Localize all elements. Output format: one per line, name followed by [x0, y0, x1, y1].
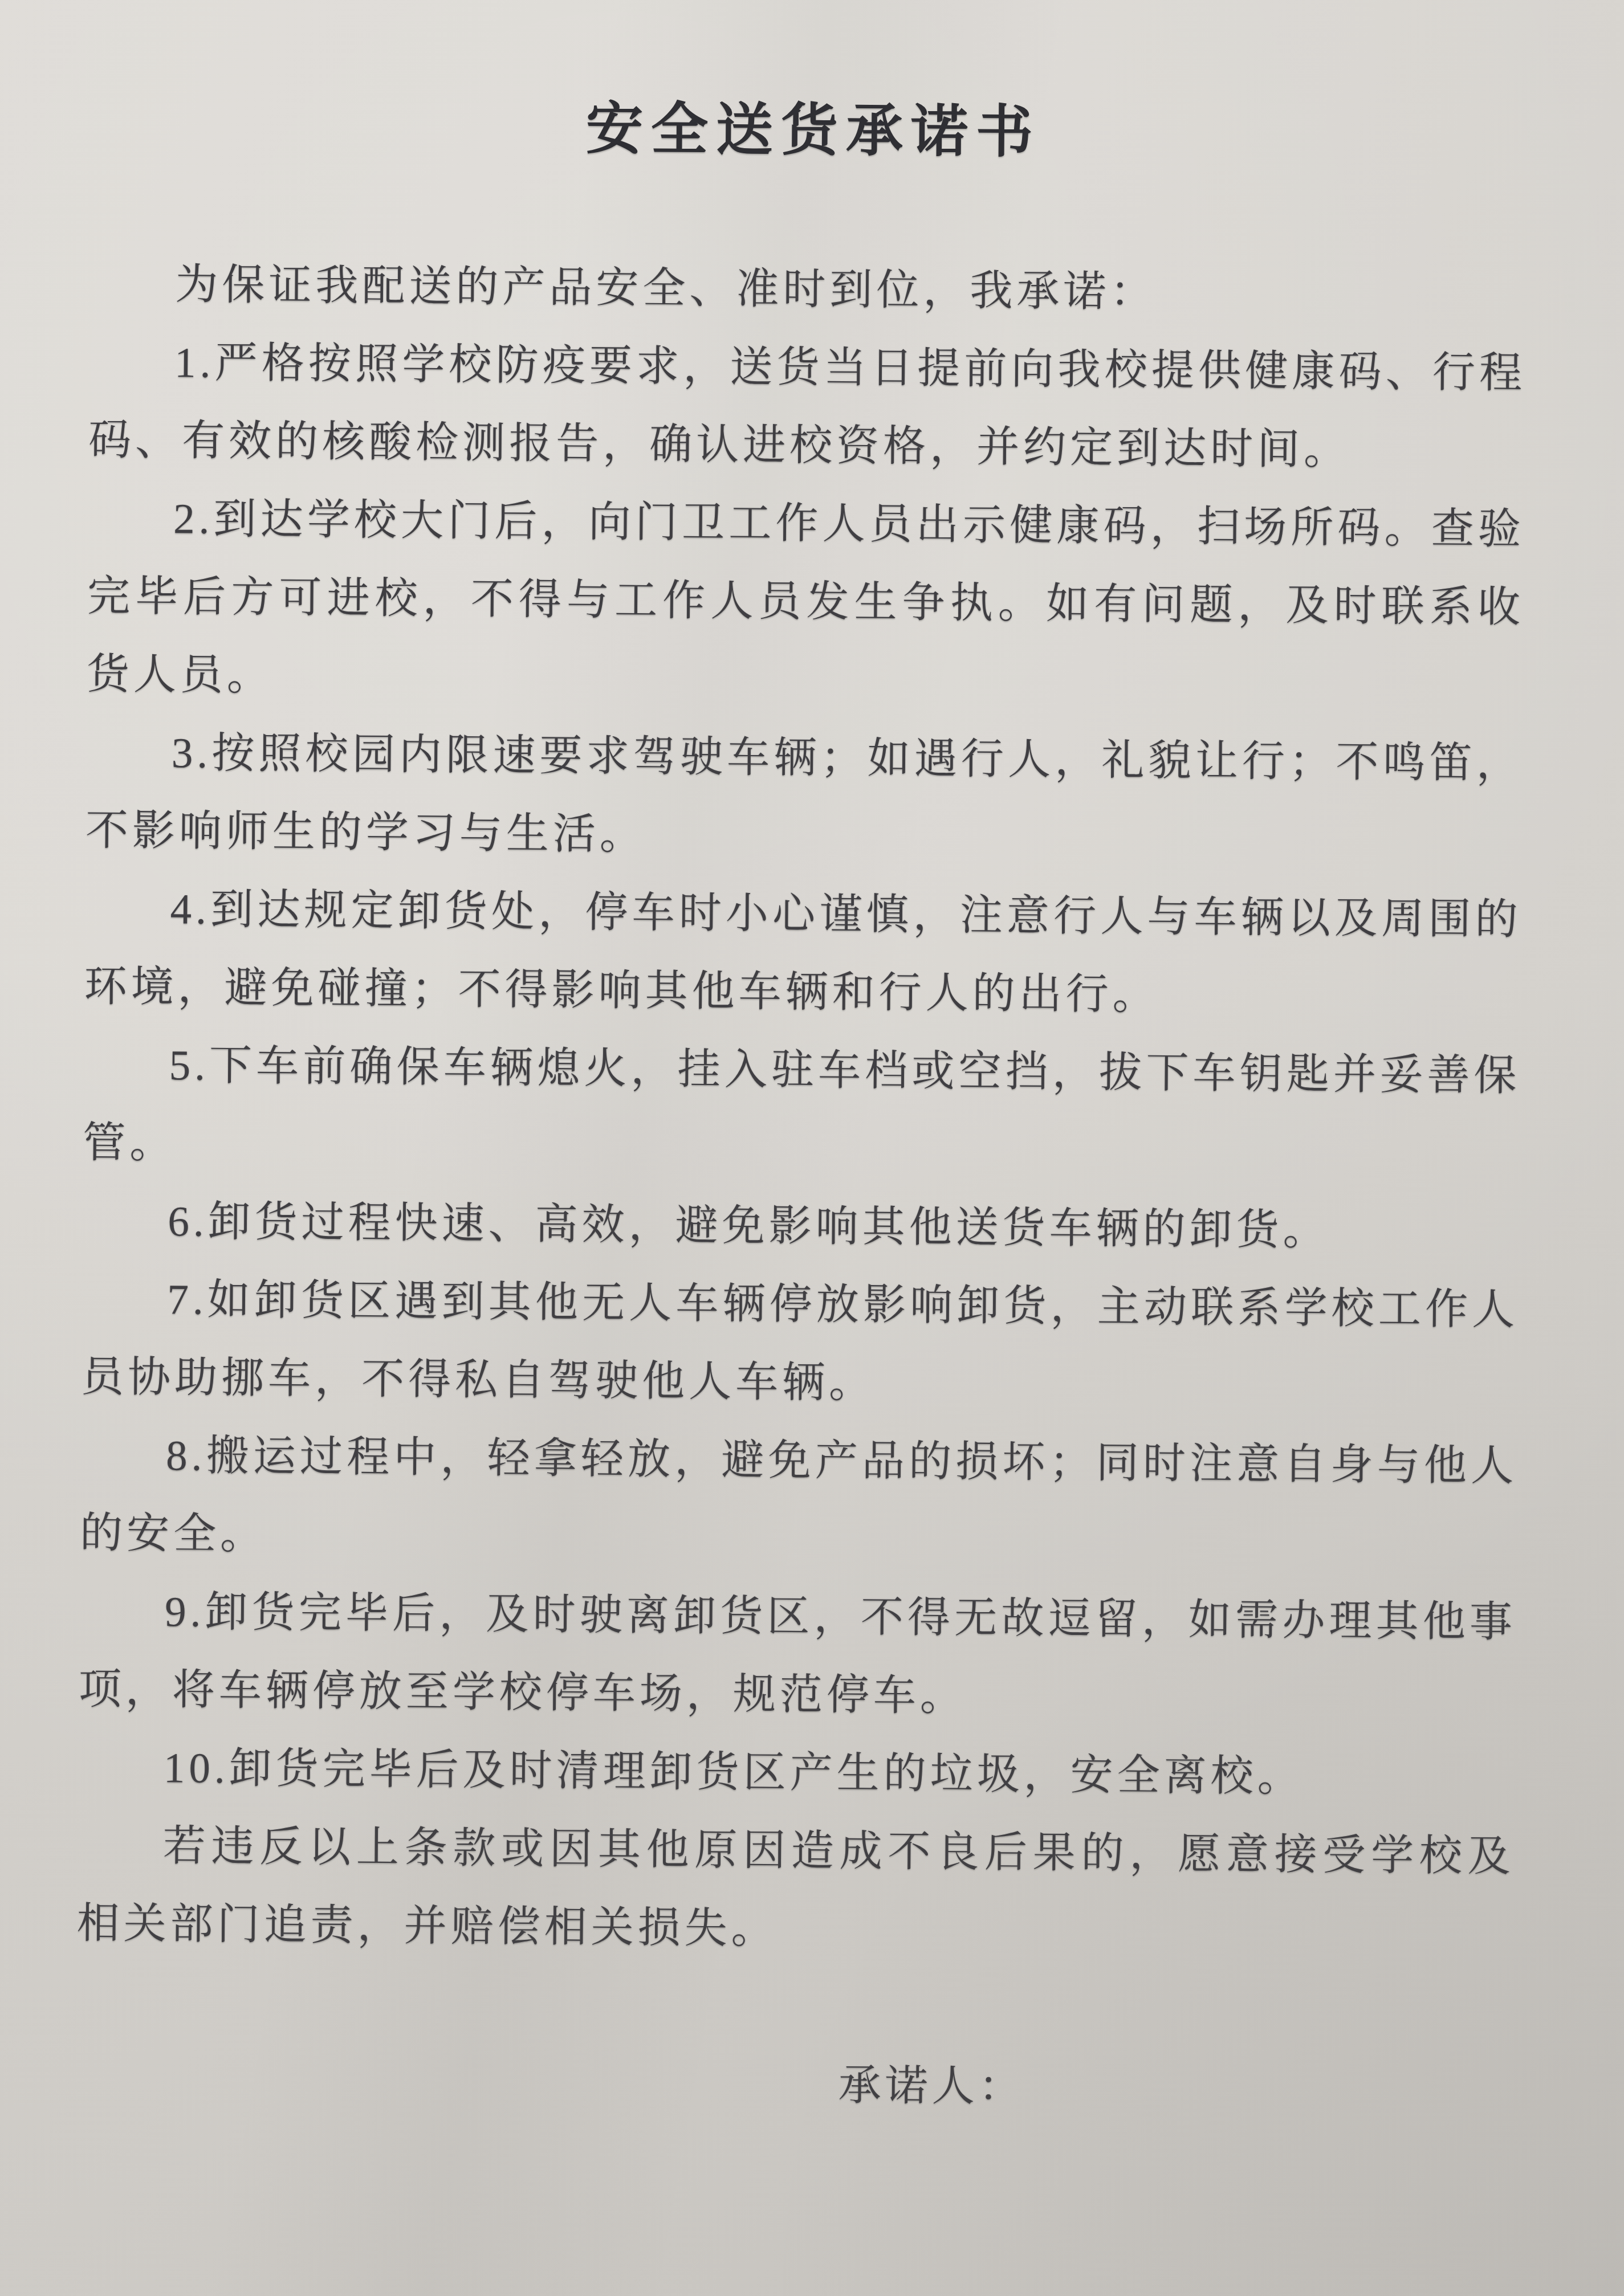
document-page: 安全送货承诺书 为保证我配送的产品安全、准时到位，我承诺： 1.严格按照学校防疫… [0, 0, 1624, 2296]
commitment-item-10: 10.卸货完毕后及时清理卸货区产生的垃圾，安全离校。 [78, 1728, 1515, 1818]
commitment-item-9: 9.卸货完毕后，及时驶离卸货区，不得无故逗留，如需办理其他事项，将车辆停放至学校… [78, 1572, 1516, 1740]
commitment-item-8: 8.搬运过程中，轻拿轻放，避免产品的损坏；同时注意自身与他人的安全。 [80, 1416, 1518, 1584]
commitment-item-5: 5.下车前确保车辆熄火，挂入驻车档或空挡，拔下车钥匙并妥善保管。 [83, 1026, 1521, 1193]
signature-label: 承诺人： [838, 2062, 1025, 2111]
commitment-item-3: 3.按照校园内限速要求驾驶车辆；如遇行人，礼貌让行；不鸣笛，不影响师生的学习与生… [85, 713, 1523, 881]
commitment-item-4: 4.到达规定卸货处，停车时小心谨慎，注意行人与车辆以及周围的环境，避免碰撞；不得… [84, 870, 1522, 1037]
signature-line: 承诺人： [75, 2041, 1513, 2130]
intro-paragraph: 为保证我配送的产品安全、准时到位，我承诺： [89, 245, 1527, 335]
commitment-item-2: 2.到达学校大门后，向门卫工作人员出示健康码，扫场所码。查验完毕后方可进校，不得… [86, 479, 1525, 725]
commitment-item-1: 1.严格按照学校防疫要求，送货当日提前向我校提供健康码、行程码、有效的核酸检测报… [88, 323, 1527, 491]
commitment-item-6: 6.卸货过程快速、高效，避免影响其他送货车辆的卸货。 [82, 1182, 1520, 1271]
commitment-item-7: 7.如卸货区遇到其他无人车辆停放影响卸货，主动联系学校工作人员协助挪车，不得私自… [81, 1260, 1519, 1428]
document-title: 安全送货承诺书 [91, 91, 1528, 171]
closing-paragraph: 若违反以上条款或因其他原因造成不良后果的，愿意接受学校及相关部门追责，并赔偿相关… [76, 1806, 1515, 1974]
document-content: 安全送货承诺书 为保证我配送的产品安全、准时到位，我承诺： 1.严格按照学校防疫… [75, 91, 1528, 2130]
